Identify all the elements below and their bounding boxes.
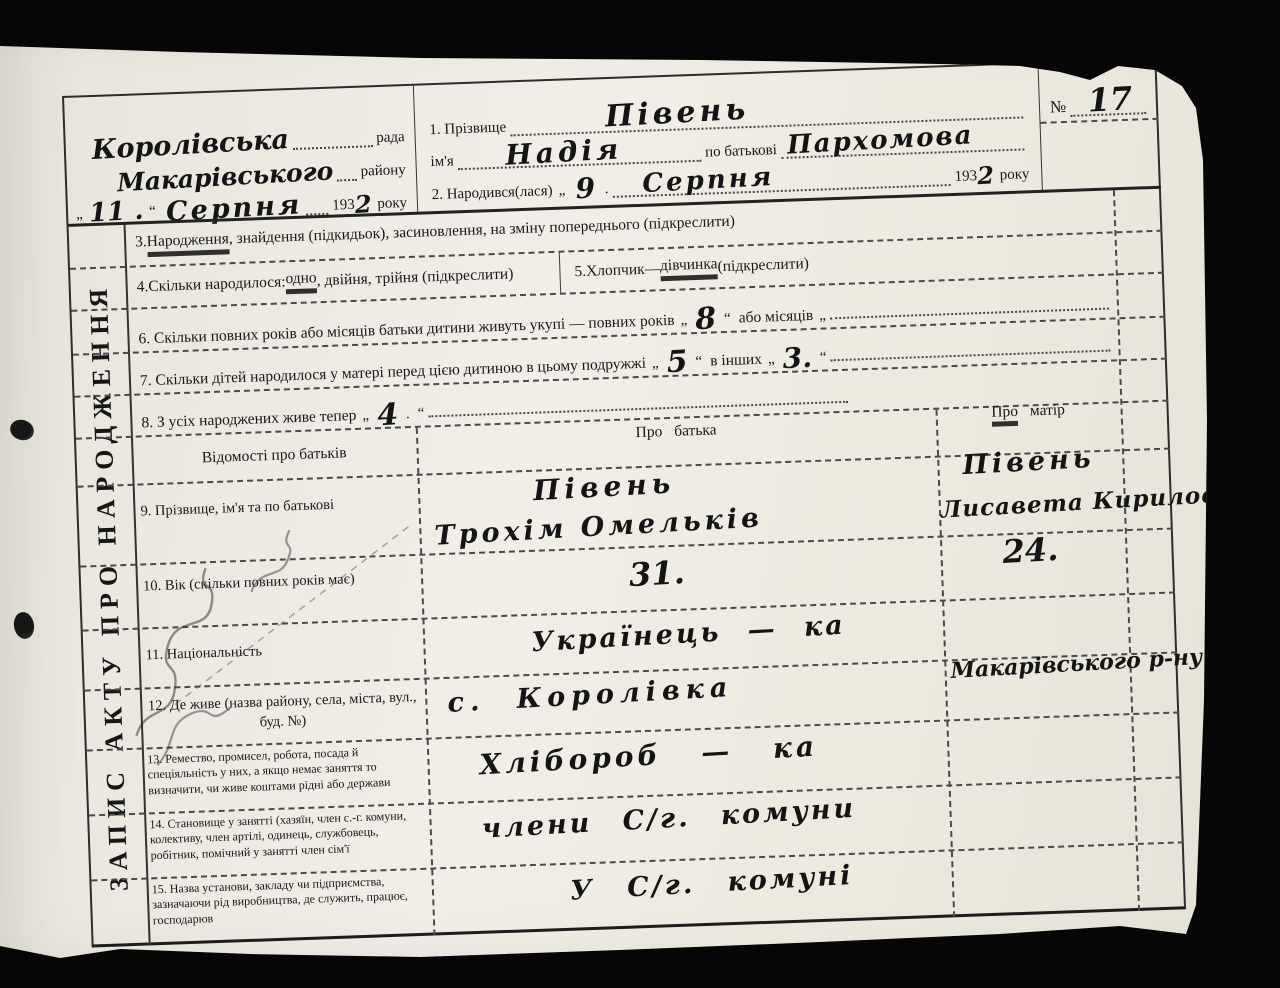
item4-pre: Скільки народилося: [148, 273, 286, 296]
open-quote: „ [819, 307, 826, 324]
paper-sheet: Королівська рада Макарівського району „ … [0, 0, 1280, 988]
number-label: № [1050, 97, 1067, 118]
born-label: 2. Народився(лася) [431, 183, 552, 204]
open-quote: „ [558, 182, 565, 199]
item3-prefix: 3. [135, 233, 147, 251]
record-number-box: № 17 [1038, 60, 1160, 192]
col-header-info: Відомості про батьків [131, 442, 416, 470]
open-quote: „ [76, 206, 83, 223]
handwritten-position: члени С/г. комуни [481, 795, 857, 843]
col-header-mother-word2: матір [1030, 401, 1066, 419]
close-quote: “ [820, 349, 827, 366]
year-label: року [999, 166, 1029, 184]
item7-mid: в інших [710, 351, 762, 371]
item4-prefix: 4. [136, 278, 148, 296]
handwritten-father-surname: Півень [532, 469, 676, 505]
dot: . [604, 181, 608, 198]
handwritten-nationality: Українець — ка [531, 612, 847, 657]
handwritten-children-before: 5 [666, 347, 689, 378]
open-quote: „ [768, 351, 775, 368]
open-quote: „ [680, 312, 687, 329]
handwritten-occupation: Хлібороб — ка [479, 732, 819, 779]
handwritten-mother-name: Лисавета Кирилова [940, 482, 1233, 521]
hole-punch [7, 417, 36, 443]
district-label: району [360, 162, 406, 181]
dotted-line: 17 [1070, 109, 1146, 117]
year-label: року [377, 195, 407, 213]
year-prefix: 193 [332, 197, 355, 215]
patronymic-label: по батькові [705, 142, 777, 161]
name-label: ім'я [430, 153, 454, 171]
handwritten-years-together: 8 [694, 304, 717, 335]
handwritten-residence-mother: Макарівського р-ну [950, 646, 1203, 682]
handwritten-birth-day: 9 [574, 174, 595, 203]
handwritten-institution: У С/г. комуні [569, 862, 854, 905]
year-prefix: 193 [954, 168, 977, 186]
item8-dot: . [406, 405, 411, 423]
handwritten-surname: Півень [604, 95, 750, 133]
scanned-birth-record: { "paper": { "side_label": "ЗАПИС АКТУ П… [0, 0, 1280, 988]
dotted-line [337, 176, 357, 182]
header-middle-cell: 1. Прізвище Півень ім'я Надія по батьков… [414, 64, 1043, 214]
handwritten-mother-surname: Півень [962, 445, 1095, 479]
open-quote: „ [652, 355, 659, 372]
handwritten-children-alive: 4 [376, 400, 399, 431]
item5-rest: (підкреслити) [717, 255, 809, 276]
handwritten-mother-age: 24. [1002, 533, 1059, 568]
handwritten-father-age: 31. [628, 556, 685, 591]
dotted-line [830, 346, 1110, 361]
row15-label: 15. Назва установи, закладу чи підприємс… [151, 873, 428, 929]
handwritten-birth-month: Серпня [642, 164, 775, 197]
item5-underlined-option: дівчинка [660, 255, 718, 281]
item4-underlined-option: одно [285, 269, 317, 294]
handwritten-residence-father: с. Королівка [447, 674, 734, 717]
item8-text: 8. З усіх народжених живе тепер [141, 407, 356, 432]
close-quote: “ [417, 406, 424, 423]
surname-label: 1. Прізвище [429, 120, 506, 140]
item6-text2: або місяців [738, 307, 813, 328]
close-quote: “ [149, 204, 156, 221]
header-left-cell: Королівська рада Макарівського району „ … [64, 86, 418, 226]
item5-prefix: 5. [574, 263, 586, 281]
ink-scribble [107, 465, 448, 786]
council-label: рада [376, 129, 405, 147]
handwritten-name: Надія [505, 135, 623, 169]
item4-rest: , двійня, трійня (підкреслити) [316, 265, 513, 290]
handwritten-year-digit: 2 [976, 163, 994, 188]
item5-pre: Хлопчик— [586, 260, 661, 281]
close-quote: “ [724, 311, 731, 328]
item3-underlined-option: Народження [146, 230, 229, 257]
hole-punch [12, 610, 36, 640]
handwritten-children-other: 3. [782, 344, 813, 374]
birth-record-form: Королівська рада Макарівського району „ … [62, 58, 1186, 948]
close-quote: “ [695, 354, 702, 371]
col-header-mother-underlined: Про [991, 403, 1018, 427]
handwritten-number: 17 [1087, 82, 1133, 116]
row14-label: 14. Становище у занятті (хазяїн, член с.… [149, 808, 426, 864]
open-quote: „ [362, 407, 369, 424]
dotted-line [830, 304, 1109, 319]
